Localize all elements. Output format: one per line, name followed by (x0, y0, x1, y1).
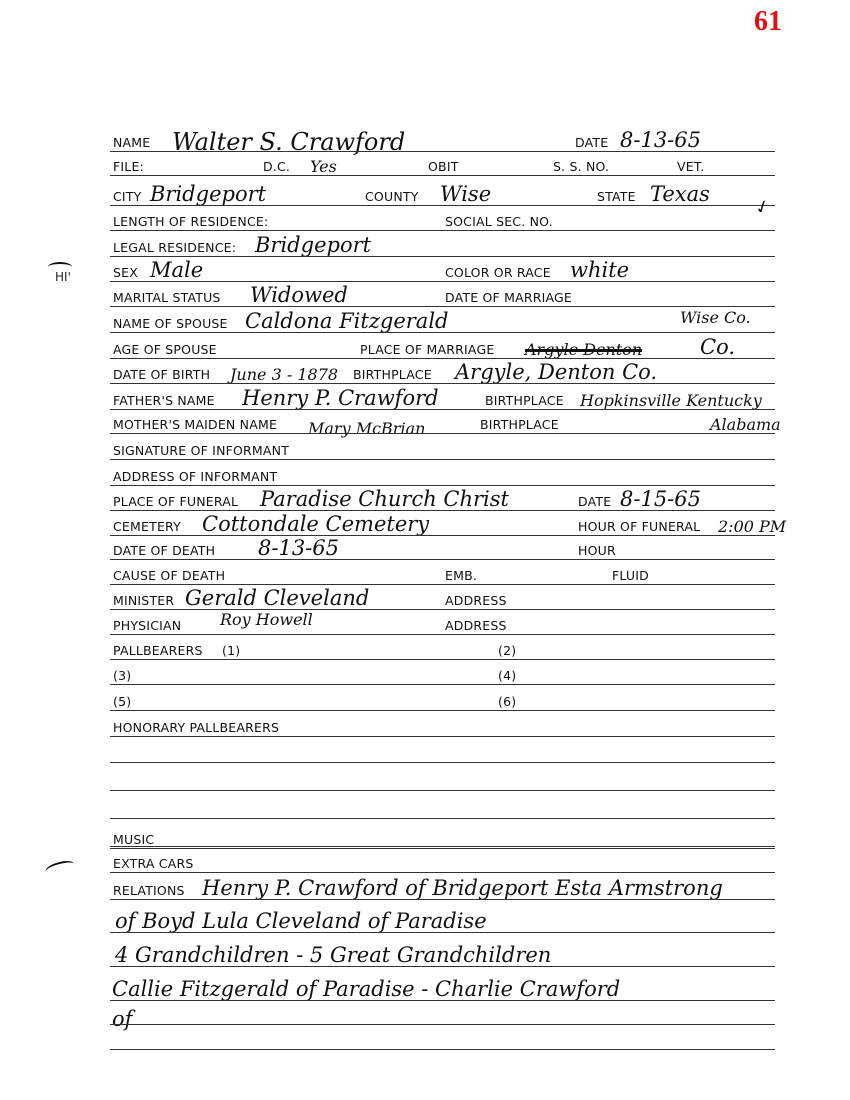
relations-line-3[interactable]: 4 Grandchildren - 5 Great Grandchildren (115, 943, 551, 967)
row-physician: PHYSICIAN Roy Howell ADDRESS (110, 611, 775, 635)
date-of-birth-value[interactable]: June 3 - 1878 (230, 365, 338, 384)
honorary-pallbearers-label: HONORARY PALLBEARERS (113, 720, 279, 735)
rule (110, 790, 775, 791)
rule (110, 710, 775, 711)
rule (110, 433, 775, 434)
place-of-funeral-value[interactable]: Paradise Church Christ (260, 487, 509, 511)
rule (110, 205, 775, 206)
row-pallbearers-5: (5) (6) (110, 687, 775, 711)
dc-label: D.C. (263, 159, 290, 174)
pallbearer-slot-5: (5) (113, 694, 131, 709)
page-number: 61 (754, 6, 782, 38)
row-place-of-funeral: PLACE OF FUNERAL Paradise Church Christ … (110, 487, 775, 511)
rule (110, 634, 775, 635)
pallbearers-label: PALLBEARERS (113, 643, 203, 658)
row-name-of-spouse: NAME OF SPOUSE Caldona Fitzgerald Wise C… (110, 309, 775, 333)
place-of-marriage-label: PLACE OF MARRIAGE (360, 342, 494, 357)
margin-arc-mark-lower (44, 858, 76, 877)
row-date-of-birth: DATE OF BIRTH June 3 - 1878 BIRTHPLACE A… (110, 360, 775, 384)
father-birthplace-value[interactable]: Hopkinsville Kentucky (580, 391, 762, 410)
rule (110, 584, 775, 585)
rule (110, 1049, 775, 1050)
place-of-funeral-label: PLACE OF FUNERAL (113, 494, 238, 509)
birthplace-label: BIRTHPLACE (353, 367, 432, 382)
pallbearer-slot-6: (6) (498, 694, 516, 709)
state-value[interactable]: Texas (650, 182, 710, 206)
hour-of-funeral-value[interactable]: 2:00 PM (718, 517, 786, 536)
father-birthplace-label: BIRTHPLACE (485, 393, 564, 408)
state-label: STATE (597, 189, 636, 204)
row-marital-status: MARITAL STATUS Widowed DATE OF MARRIAGE (110, 283, 775, 307)
row-relations-3: 4 Grandchildren - 5 Great Grandchildren (110, 943, 775, 967)
row-pallbearers-3: (3) (4) (110, 661, 775, 685)
row-relations-2: of Boyd Lula Cleveland of Paradise (110, 909, 775, 933)
sex-value[interactable]: Male (150, 258, 203, 282)
rule (110, 230, 775, 231)
cemetery-value[interactable]: Cottondale Cemetery (202, 512, 429, 536)
hour-of-funeral-label: HOUR OF FUNERAL (578, 519, 700, 534)
marital-status-value[interactable]: Widowed (250, 283, 348, 307)
row-sex: SEX Male COLOR OR RACE white (110, 258, 775, 282)
obit-label: OBIT (428, 159, 459, 174)
funeral-date-label: DATE (578, 494, 611, 509)
mother-birthplace-label: BIRTHPLACE (480, 417, 559, 432)
row-blank-2 (110, 767, 775, 791)
pallbearer-slot-4: (4) (498, 668, 516, 683)
date-value[interactable]: 8-13-65 (620, 128, 701, 152)
rule (110, 609, 775, 610)
row-length-of-residence: LENGTH OF RESIDENCE: SOCIAL SEC. NO. (110, 207, 775, 231)
place-of-marriage-struck[interactable]: Argyle Denton (525, 340, 642, 359)
row-relations-6 (110, 1004, 775, 1028)
file-label: FILE: (113, 159, 144, 174)
rule (110, 459, 775, 460)
minister-label: MINISTER (113, 593, 174, 608)
color-or-race-value[interactable]: white (570, 258, 629, 282)
spouse-note[interactable]: Wise Co. (680, 308, 751, 327)
cemetery-label: CEMETERY (113, 519, 181, 534)
physician-value[interactable]: Roy Howell (220, 610, 313, 629)
name-of-spouse-value[interactable]: Caldona Fitzgerald (245, 309, 449, 333)
row-pallbearers-1: PALLBEARERS (1) (2) (110, 636, 775, 660)
minister-value[interactable]: Gerald Cleveland (185, 586, 369, 610)
rule (110, 281, 775, 282)
rule (110, 762, 775, 763)
age-of-spouse-label: AGE OF SPOUSE (113, 342, 217, 357)
legal-residence-value[interactable]: Bridgeport (255, 233, 371, 257)
marital-status-label: MARITAL STATUS (113, 290, 221, 305)
address-of-informant-label: ADDRESS OF INFORMANT (113, 469, 277, 484)
signature-of-informant-label: SIGNATURE OF INFORMANT (113, 443, 289, 458)
rule (110, 659, 775, 660)
name-label: NAME (113, 135, 150, 150)
sex-label: SEX (113, 265, 138, 280)
physician-address-label: ADDRESS (445, 618, 507, 633)
cause-of-death-label: CAUSE OF DEATH (113, 568, 225, 583)
emb-label: EMB. (445, 568, 477, 583)
relations-line-4[interactable]: Callie Fitzgerald of Paradise - Charlie … (112, 977, 620, 1001)
physician-label: PHYSICIAN (113, 618, 181, 633)
birthplace-value[interactable]: Argyle, Denton Co. (455, 360, 657, 384)
mothers-maiden-name-label: MOTHER'S MAIDEN NAME (113, 417, 277, 432)
rule (110, 306, 775, 307)
city-value[interactable]: Bridgeport (150, 182, 266, 206)
rule (110, 736, 775, 737)
county-label: COUNTY (365, 189, 419, 204)
fathers-name-value[interactable]: Henry P. Crawford (242, 386, 439, 410)
row-date-of-death: DATE OF DEATH 8-13-65 HOUR (110, 536, 775, 560)
rule (110, 256, 775, 257)
rule (110, 358, 775, 359)
name-of-spouse-label: NAME OF SPOUSE (113, 316, 228, 331)
relations-line-2[interactable]: of Boyd Lula Cleveland of Paradise (115, 909, 487, 933)
margin-mark-hi: HI' (55, 270, 71, 284)
rule (110, 684, 775, 685)
pallbearer-slot-2: (2) (498, 643, 516, 658)
music-label: MUSIC (113, 832, 154, 847)
row-extra-cars: EXTRA CARS (110, 849, 775, 873)
relations-label: RELATIONS (113, 883, 185, 898)
rule (110, 966, 775, 967)
extra-cars-label: EXTRA CARS (113, 856, 193, 871)
relations-line-1[interactable]: Henry P. Crawford of Bridgeport Esta Arm… (202, 876, 723, 900)
length-of-residence-label: LENGTH OF RESIDENCE: (113, 214, 268, 229)
rule (110, 510, 775, 511)
date-of-birth-label: DATE OF BIRTH (113, 367, 210, 382)
row-age-of-spouse: AGE OF SPOUSE PLACE OF MARRIAGE Argyle D… (110, 335, 775, 359)
hour-label: HOUR (578, 543, 616, 558)
social-sec-no-label: SOCIAL SEC. NO. (445, 214, 553, 229)
row-mothers-maiden-name: MOTHER'S MAIDEN NAME Mary McBrian BIRTHP… (110, 410, 775, 434)
row-address-of-informant: ADDRESS OF INFORMANT (110, 462, 775, 486)
row-city: CITY Bridgeport COUNTY Wise STATE Texas (110, 182, 775, 206)
rule (110, 485, 775, 486)
date-of-death-value[interactable]: 8-13-65 (258, 536, 339, 560)
county-value[interactable]: Wise (440, 182, 491, 206)
rule (110, 332, 775, 333)
rule (110, 932, 775, 933)
row-legal-residence: LEGAL RESIDENCE: Bridgeport (110, 233, 775, 257)
row-music: MUSIC (110, 825, 775, 849)
date-of-marriage-label: DATE OF MARRIAGE (445, 290, 572, 305)
row-relations-1: RELATIONS Henry P. Crawford of Bridgepor… (110, 876, 775, 900)
fathers-name-label: FATHER'S NAME (113, 393, 215, 408)
row-file: FILE: D.C. Yes OBIT S. S. NO. VET. (110, 152, 775, 176)
row-signature-of-informant: SIGNATURE OF INFORMANT (110, 436, 775, 460)
row-minister: MINISTER Gerald Cleveland ADDRESS (110, 586, 775, 610)
row-cause-of-death: CAUSE OF DEATH EMB. FLUID (110, 561, 775, 585)
rule (110, 383, 775, 384)
row-name: NAME Walter S. Crawford DATE 8-13-65 (110, 128, 775, 152)
mother-birthplace-value[interactable]: Alabama (710, 415, 781, 434)
date-label: DATE (575, 135, 608, 150)
rule (110, 175, 775, 176)
row-blank-1 (110, 739, 775, 763)
city-label: CITY (113, 189, 142, 204)
funeral-date-value[interactable]: 8-15-65 (620, 487, 701, 511)
fluid-label: FLUID (612, 568, 649, 583)
row-cemetery: CEMETERY Cottondale Cemetery HOUR OF FUN… (110, 512, 775, 536)
pallbearer-slot-1: (1) (222, 643, 240, 658)
rule (110, 872, 775, 873)
ssno-label: S. S. NO. (553, 159, 609, 174)
rule (110, 899, 775, 900)
date-of-death-label: DATE OF DEATH (113, 543, 215, 558)
pallbearer-slot-3: (3) (113, 668, 131, 683)
color-or-race-label: COLOR OR RACE (445, 265, 551, 280)
dc-value[interactable]: Yes (310, 157, 337, 176)
minister-address-label: ADDRESS (445, 593, 507, 608)
row-relations-4: Callie Fitzgerald of Paradise - Charlie … (110, 977, 775, 1001)
row-honorary-pallbearers: HONORARY PALLBEARERS (110, 713, 775, 737)
row-fathers-name: FATHER'S NAME Henry P. Crawford BIRTHPLA… (110, 386, 775, 410)
legal-residence-label: LEGAL RESIDENCE: (113, 240, 236, 255)
row-blank-3 (110, 795, 775, 819)
rule (110, 818, 775, 819)
place-of-marriage-suffix[interactable]: Co. (700, 335, 735, 359)
vet-label: VET. (677, 159, 704, 174)
rule (110, 559, 775, 560)
